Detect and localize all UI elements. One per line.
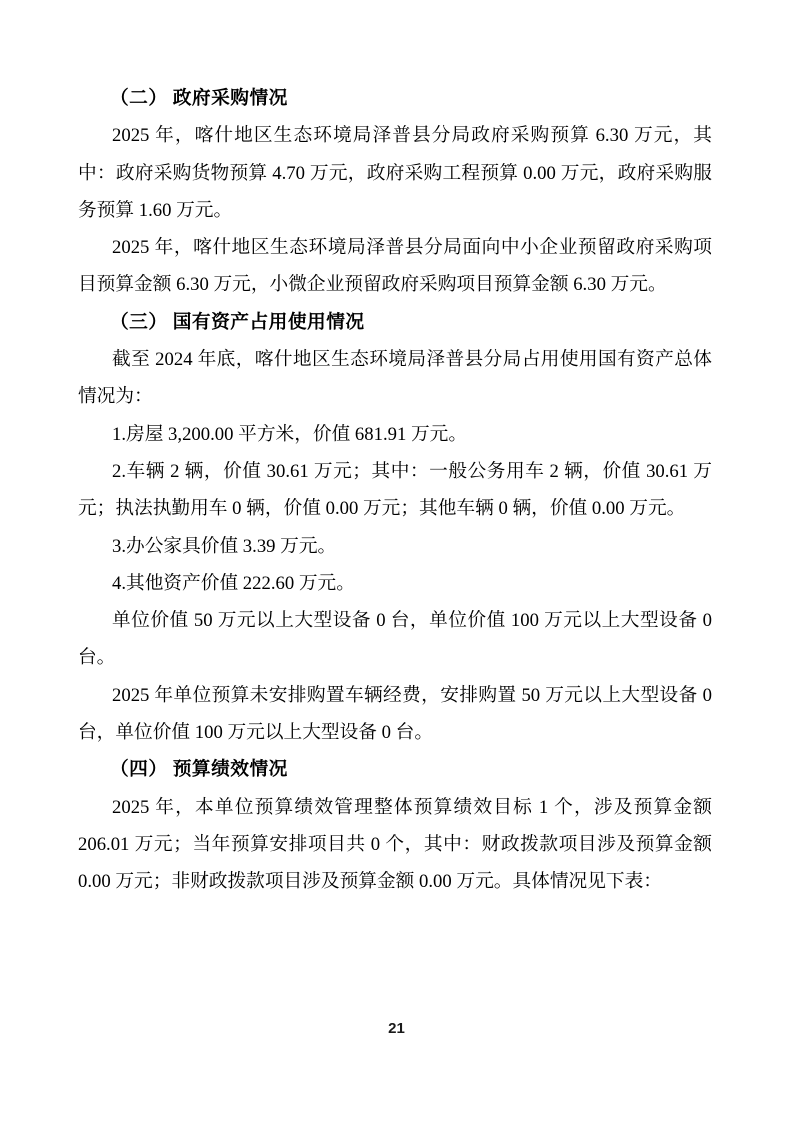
paragraph: 2025 年，喀什地区生态环境局泽普县分局政府采购预算 6.30 万元，其中：政… bbox=[78, 117, 712, 229]
list-item-paragraph: 4.其他资产价值 222.60 万元。 bbox=[78, 565, 712, 602]
section-heading: （二） 政府采购情况 bbox=[78, 80, 712, 117]
page-number: 21 bbox=[388, 1020, 405, 1037]
section-heading: （三） 国有资产占用使用情况 bbox=[78, 304, 712, 341]
paragraph: 单位价值 50 万元以上大型设备 0 台，单位价值 100 万元以上大型设备 0… bbox=[78, 602, 712, 677]
section-government-procurement: （二） 政府采购情况 2025 年，喀什地区生态环境局泽普县分局政府采购预算 6… bbox=[78, 80, 712, 304]
section-heading: （四） 预算绩效情况 bbox=[78, 751, 712, 788]
list-item-paragraph: 2.车辆 2 辆，价值 30.61 万元；其中：一般公务用车 2 辆，价值 30… bbox=[78, 453, 712, 528]
paragraph: 2025 年单位预算未安排购置车辆经费，安排购置 50 万元以上大型设备 0 台… bbox=[78, 677, 712, 752]
list-item-paragraph: 1.房屋 3,200.00 平方米，价值 681.91 万元。 bbox=[78, 416, 712, 453]
paragraph: 截至 2024 年底，喀什地区生态环境局泽普县分局占用使用国有资产总体情况为： bbox=[78, 341, 712, 416]
list-item-paragraph: 3.办公家具价值 3.39 万元。 bbox=[78, 528, 712, 565]
section-state-assets: （三） 国有资产占用使用情况 截至 2024 年底，喀什地区生态环境局泽普县分局… bbox=[78, 304, 712, 752]
paragraph: 2025 年，本单位预算绩效管理整体预算绩效目标 1 个，涉及预算金额 206.… bbox=[78, 789, 712, 901]
section-budget-performance: （四） 预算绩效情况 2025 年，本单位预算绩效管理整体预算绩效目标 1 个，… bbox=[78, 751, 712, 900]
paragraph: 2025 年，喀什地区生态环境局泽普县分局面向中小企业预留政府采购项目预算金额 … bbox=[78, 229, 712, 304]
document-content: （二） 政府采购情况 2025 年，喀什地区生态环境局泽普县分局政府采购预算 6… bbox=[78, 80, 712, 901]
page-footer: 21 bbox=[0, 1020, 793, 1038]
document-page: （二） 政府采购情况 2025 年，喀什地区生态环境局泽普县分局政府采购预算 6… bbox=[0, 0, 793, 1122]
